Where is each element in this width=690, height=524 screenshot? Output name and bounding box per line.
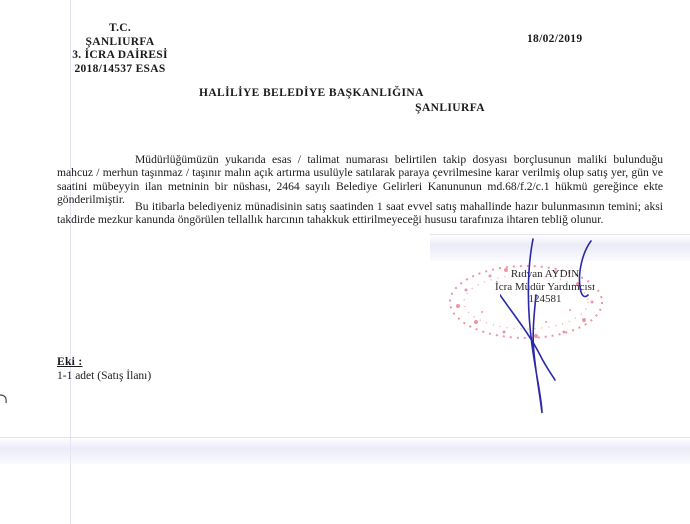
addressee-city: ŞANLIURFA [199, 101, 485, 116]
punch-hole-mark [0, 393, 10, 407]
header-line: ŞANLIURFA [40, 36, 200, 50]
annex-item: 1-1 adet (Satış İlanı) [57, 369, 151, 383]
document-date: 18/02/2019 [527, 33, 582, 45]
scanned-document-page: T.C. ŞANLIURFA 3. İCRA DAİRESİ 2018/1453… [0, 0, 690, 524]
annex-title: Eki : [57, 355, 151, 369]
file-number: 2018/14537 ESAS [40, 63, 200, 77]
scan-fold-shadow [0, 437, 690, 464]
body-paragraph-1: Müdürlüğümüzün yukarıda esas / talimat n… [57, 153, 663, 207]
header-line: 3. İCRA DAİRESİ [40, 49, 200, 63]
paragraph-text: Bu itibarla belediyeniz münadisinin satı… [57, 200, 663, 226]
body-paragraph-2: Bu itibarla belediyeniz münadisinin satı… [57, 200, 663, 227]
handwritten-signature [500, 225, 620, 425]
addressee: HALİLİYE BELEDİYE BAŞKANLIĞINA ŞANLIURFA [199, 86, 485, 116]
header-line: T.C. [40, 22, 200, 36]
paragraph-text: Müdürlüğümüzün yukarıda esas / talimat n… [57, 153, 663, 206]
issuer-header: T.C. ŞANLIURFA 3. İCRA DAİRESİ 2018/1453… [40, 22, 200, 76]
annex-section: Eki : 1-1 adet (Satış İlanı) [57, 355, 151, 383]
addressee-institution: HALİLİYE BELEDİYE BAŞKANLIĞINA [199, 86, 485, 101]
